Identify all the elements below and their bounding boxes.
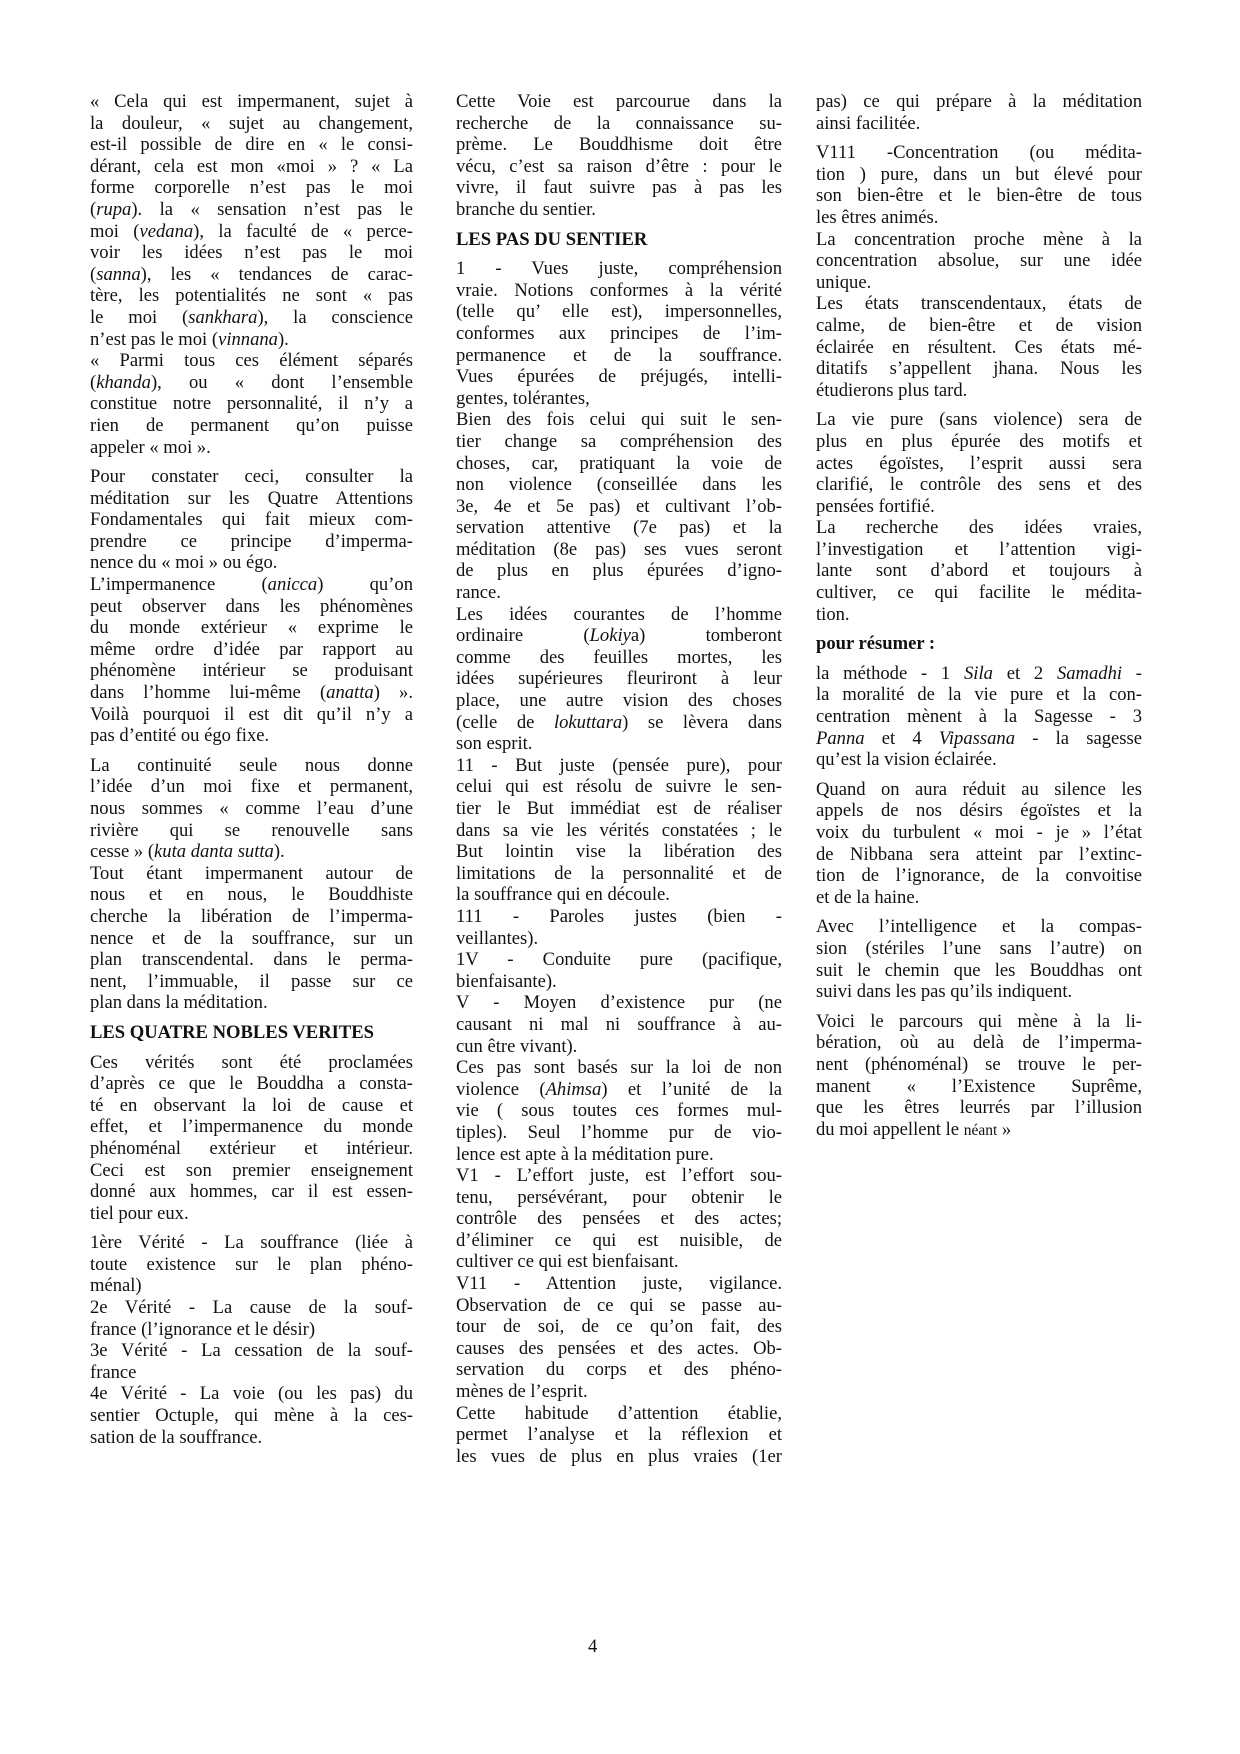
text-line: appels de nos désirs égoïstes et la (816, 800, 1142, 822)
text-line: Avec l’intelligence et la compas- (816, 916, 1142, 938)
paragraph: La concentration proche mène à laconcent… (816, 229, 1142, 294)
text-line: té en observant la loi de cause et (90, 1095, 413, 1117)
text-line: plus en plus épurée des motifs et (816, 431, 1142, 453)
text-line: ditatifs s’appellent jhana. Nous les (816, 358, 1142, 380)
text-line: La concentration proche mène à la (816, 229, 1142, 251)
paragraph: Pour constater ceci, consulter laméditat… (90, 466, 413, 574)
text-line: la douleur, « sujet au changement, (90, 113, 413, 135)
text-line: les vues de plus en plus vraies (1er (456, 1446, 782, 1468)
paragraph: V11 - Attention juste, vigilance.Observa… (456, 1273, 782, 1403)
text-line: même ordre d’idée par rapport au (90, 639, 413, 661)
paragraph: Voici le parcours qui mène à la li-bérat… (816, 1011, 1142, 1141)
text-line: rivière qui se renouvelle sans (90, 820, 413, 842)
text-line: La continuité seule nous donne (90, 755, 413, 777)
text-line: LES PAS DU SENTIER (456, 229, 782, 251)
text-line: nence du « moi » ou égo. (90, 552, 413, 574)
text-line: (celle de lokuttara) se lèvera dans (456, 712, 782, 734)
text-line: Les idées courantes de l’homme (456, 604, 782, 626)
text-line: 2e Vérité - La cause de la souf- (90, 1297, 413, 1319)
text-line: lante sont d’abord et toujours à (816, 560, 1142, 582)
text-line: voir les idées n’est pas le moi (90, 242, 413, 264)
text-line: Quand on aura réduit au silence les (816, 779, 1142, 801)
text-line: dérant, cela est mon «moi » ? « La (90, 156, 413, 178)
paragraph: Ces vérités sont été proclaméesd’après c… (90, 1052, 413, 1225)
text-line: 111 - Paroles justes (bien - (456, 906, 782, 928)
text-line: de plus en plus épurées d’igno- (456, 560, 782, 582)
text-line: voix du turbulent « moi - je » l’état (816, 822, 1142, 844)
text-line: étudierons plus tard. (816, 380, 1142, 402)
text-line: Panna et 4 Vipassana - la sagesse (816, 728, 1142, 750)
text-line: du moi appellent le néant » (816, 1119, 1142, 1141)
text-line: pas d’entité ou égo fixe. (90, 725, 413, 747)
text-line: servation attentive (7e pas) et la (456, 517, 782, 539)
text-line: sion (stériles l’une sans l’autre) on (816, 938, 1142, 960)
text-line: cherche la libération de l’imperma- (90, 906, 413, 928)
paragraph: V111 -Concentration (ou médita-tion ) pu… (816, 142, 1142, 228)
paragraph: 1 - Vues juste, compréhensionvraie. Noti… (456, 258, 782, 409)
text-line: (khanda), ou « dont l’ensemble (90, 372, 413, 394)
text-line: prendre ce principe d’imperma- (90, 531, 413, 553)
text-line: l’idée d’un moi fixe et permanent, (90, 776, 413, 798)
text-line: comme des feuilles mortes, les (456, 647, 782, 669)
paragraph: 3e Vérité - La cessation de la souf-fran… (90, 1340, 413, 1383)
text-line: gentes, tolérantes, (456, 388, 782, 410)
text-line: mènes de l’esprit. (456, 1381, 782, 1403)
text-line: bienfaisante). (456, 971, 782, 993)
text-line: l’investigation et l’attention vigi- (816, 539, 1142, 561)
text-line: Ces pas sont basés sur la loi de non (456, 1057, 782, 1079)
text-line: ménal) (90, 1275, 413, 1297)
text-line: choses, car, pratiquant la voie de (456, 453, 782, 475)
text-line: son bien-être et le bien-être de tous (816, 185, 1142, 207)
section-heading: pour résumer : (816, 633, 1142, 655)
paragraph: 1ère Vérité - La souffrance (liée àtoute… (90, 1232, 413, 1297)
text-line: tion. (816, 604, 1142, 626)
text-line: unique. (816, 272, 1142, 294)
text-line: pour résumer : (816, 633, 1142, 655)
text-line: calme, de bien-être et de vision (816, 315, 1142, 337)
text-line: tenu, persévérant, pour obtenir le (456, 1187, 782, 1209)
text-line: de Nibbana sera atteint par l’extinc- (816, 844, 1142, 866)
text-line: contrôle des pensées et des actes; (456, 1208, 782, 1230)
text-line: 3e Vérité - La cessation de la souf- (90, 1340, 413, 1362)
text-line: celui qui est résolu de suivre le sen- (456, 776, 782, 798)
text-line: violence (Ahimsa) et l’unité de la (456, 1079, 782, 1101)
paragraph: Bien des fois celui qui suit le sen-tier… (456, 409, 782, 603)
section-heading: LES PAS DU SENTIER (456, 229, 782, 251)
text-line: que les êtres leurrés par l’illusion (816, 1097, 1142, 1119)
text-line: branche du sentier. (456, 199, 782, 221)
text-line: peut observer dans les phénomènes (90, 596, 413, 618)
text-line: effet, et l’impermanence du monde (90, 1116, 413, 1138)
text-line: La vie pure (sans violence) sera de (816, 409, 1142, 431)
text-line: cultiver, ce qui facilite le médita- (816, 582, 1142, 604)
page-number: 4 (588, 1636, 597, 1658)
text-line: Voici le parcours qui mène à la li- (816, 1011, 1142, 1033)
text-line: prème. Le Bouddhisme doit être (456, 134, 782, 156)
text-line: qu’est la vision éclairée. (816, 749, 1142, 771)
text-line: méditation (8e pas) ses vues seront (456, 539, 782, 561)
text-line: rien de permanent qu’on puisse (90, 415, 413, 437)
text-line: tère, les potentialités ne sont « pas (90, 285, 413, 307)
text-line: cun être vivant). (456, 1036, 782, 1058)
text-line: n’est pas le moi (vinnana). (90, 329, 413, 351)
text-line: nous sommes « comme l’eau d’une (90, 798, 413, 820)
text-line: causes des pensées et des actes. Ob- (456, 1338, 782, 1360)
text-line: Les états transcendentaux, états de (816, 293, 1142, 315)
text-line: manent « l’Existence Suprême, (816, 1076, 1142, 1098)
text-line: le moi (sankhara), la conscience (90, 307, 413, 329)
text-line: « Parmi tous ces élément séparés (90, 350, 413, 372)
text-line: sation de la souffrance. (90, 1427, 413, 1449)
text-line: nous et en nous, le Bouddhiste (90, 884, 413, 906)
text-line: suivi dans les pas qu’ils indiquent. (816, 981, 1142, 1003)
text-line: tion de l’ignorance, de la convoitise (816, 865, 1142, 887)
paragraph: 11 - But juste (pensée pure), pourcelui … (456, 755, 782, 906)
text-line: (rupa). la « sensation n’est pas le (90, 199, 413, 221)
text-line: d’après ce que le Bouddha a consta- (90, 1073, 413, 1095)
paragraph: La recherche des idées vraies,l’investig… (816, 517, 1142, 625)
column-right: pas) ce qui prépare à la méditationainsi… (816, 91, 1142, 1140)
text-line: permet l’analyse et la réflexion et (456, 1424, 782, 1446)
text-line: veillantes). (456, 928, 782, 950)
text-line: plan dans la méditation. (90, 992, 413, 1014)
text-line: forme corporelle n’est pas le moi (90, 177, 413, 199)
paragraph: 4e Vérité - La voie (ou les pas) dusenti… (90, 1383, 413, 1448)
text-line: suit le chemin que les Bouddhas ont (816, 960, 1142, 982)
text-line: les êtres animés. (816, 207, 1142, 229)
text-line: bération, où au delà de l’imperma- (816, 1032, 1142, 1054)
text-line: 11 - But juste (pensée pure), pour (456, 755, 782, 777)
text-line: servation du corps et des phéno- (456, 1359, 782, 1381)
text-line: vivre, il faut suivre pas à pas les (456, 177, 782, 199)
text-line: (sanna), les « tendances de carac- (90, 264, 413, 286)
text-line: 1 - Vues juste, compréhension (456, 258, 782, 280)
text-line: nence et de la souffrance, sur un (90, 928, 413, 950)
text-line: est-il possible de dire en « le consi- (90, 134, 413, 156)
text-line: nent (phénoménal) se trouve le per- (816, 1054, 1142, 1076)
text-line: Ceci est son premier enseignement (90, 1160, 413, 1182)
text-line: V - Moyen d’existence pur (ne (456, 992, 782, 1014)
text-line: constitue notre personnalité, il n’y a (90, 393, 413, 415)
text-line: d’éliminer ce qui est nuisible, de (456, 1230, 782, 1252)
paragraph: Tout étant impermanent autour denous et … (90, 863, 413, 1014)
text-line: dans sa vie les vérités constatées ; le (456, 820, 782, 842)
text-line: permanence et de la souffrance. (456, 345, 782, 367)
text-line: Bien des fois celui qui suit le sen- (456, 409, 782, 431)
text-line: Cette habitude d’attention établie, (456, 1403, 782, 1425)
paragraph: Quand on aura réduit au silence lesappel… (816, 779, 1142, 909)
text-line: plan transcendental. dans le perma- (90, 949, 413, 971)
text-line: Pour constater ceci, consulter la (90, 466, 413, 488)
paragraph: L’impermanence (anicca) qu’onpeut observ… (90, 574, 413, 747)
text-line: tiel pour eux. (90, 1203, 413, 1225)
text-line: lence est apte à la méditation pure. (456, 1144, 782, 1166)
text-line: phénoménal extérieur et intérieur. (90, 1138, 413, 1160)
text-line: tier change sa compréhension des (456, 431, 782, 453)
paragraph: Les états transcendentaux, états decalme… (816, 293, 1142, 401)
text-line: ainsi facilitée. (816, 113, 1142, 135)
text-line: 1ère Vérité - La souffrance (liée à (90, 1232, 413, 1254)
text-line: son esprit. (456, 733, 782, 755)
text-line: LES QUATRE NOBLES VERITES (90, 1022, 413, 1044)
text-line: (telle qu’ elle est), impersonnelles, (456, 301, 782, 323)
text-line: Observation de ce qui se passe au- (456, 1295, 782, 1317)
text-line: sentier Octuple, qui mène à la ces- (90, 1405, 413, 1427)
text-line: pas) ce qui prépare à la méditation (816, 91, 1142, 113)
column-left: « Cela qui est impermanent, sujet àla do… (90, 91, 413, 1448)
text-line: conformes aux principes de l’im- (456, 323, 782, 345)
paragraph: V - Moyen d’existence pur (necausant ni … (456, 992, 782, 1057)
paragraph: « Cela qui est impermanent, sujet àla do… (90, 91, 413, 350)
text-line: moi (vedana), la faculté de « perce- (90, 221, 413, 243)
text-line: recherche de la connaissance su- (456, 113, 782, 135)
text-line: tier le But immédiat est de réaliser (456, 798, 782, 820)
section-heading: LES QUATRE NOBLES VERITES (90, 1022, 413, 1044)
text-line: la souffrance qui en découle. (456, 884, 782, 906)
text-line: appeler « moi ». (90, 437, 413, 459)
paragraph: Ces pas sont basés sur la loi de nonviol… (456, 1057, 782, 1165)
text-line: 4e Vérité - La voie (ou les pas) du (90, 1383, 413, 1405)
text-line: Vues épurées de préjugés, intelli- (456, 366, 782, 388)
text-line: « Cela qui est impermanent, sujet à (90, 91, 413, 113)
text-line: du monde extérieur « exprime le (90, 617, 413, 639)
text-line: vécu, c’est sa raison d’être : pour le (456, 156, 782, 178)
text-line: pensées fortifié. (816, 496, 1142, 518)
text-line: But lointin vise la libération des (456, 841, 782, 863)
paragraph: V1 - L’effort juste, est l’effort sou-te… (456, 1165, 782, 1273)
text-line: éclairée en résultent. Ces états mé- (816, 337, 1142, 359)
text-line: actes égoïstes, l’esprit aussi sera (816, 453, 1142, 475)
text-line: toute existence sur le plan phéno- (90, 1254, 413, 1276)
text-line: Voilà pourquoi il est dit qu’il n’y a (90, 704, 413, 726)
paragraph: la méthode - 1 Sila et 2 Samadhi -la mor… (816, 663, 1142, 771)
paragraph: 2e Vérité - La cause de la souf-france (… (90, 1297, 413, 1340)
text-line: rance. (456, 582, 782, 604)
text-line: concentration absolue, sur une idée (816, 250, 1142, 272)
text-line: Cette Voie est parcourue dans la (456, 91, 782, 113)
text-line: la moralité de la vie pure et la con- (816, 684, 1142, 706)
text-line: place, une autre vision des choses (456, 690, 782, 712)
text-line: V1 - L’effort juste, est l’effort sou- (456, 1165, 782, 1187)
text-line: ordinaire (Lokiya) tomberont (456, 625, 782, 647)
text-line: limitations de la personnalité et de (456, 863, 782, 885)
text-line: idées supérieures fleuriront à leur (456, 668, 782, 690)
text-line: donné aux hommes, car il est essen- (90, 1181, 413, 1203)
text-line: phénomène intérieur se produisant (90, 660, 413, 682)
text-line: Tout étant impermanent autour de (90, 863, 413, 885)
paragraph: Les idées courantes de l’hommeordinaire … (456, 604, 782, 755)
text-line: vie ( sous toutes ces formes mul- (456, 1100, 782, 1122)
text-line: méditation sur les Quatre Attentions (90, 488, 413, 510)
text-line: cultiver ce qui est bienfaisant. (456, 1251, 782, 1273)
text-line: L’impermanence (anicca) qu’on (90, 574, 413, 596)
text-line: clarifié, le contrôle des sens et des (816, 474, 1142, 496)
text-line: nent, l’immuable, il passe sur ce (90, 971, 413, 993)
text-line: cesse » (kuta danta sutta). (90, 841, 413, 863)
text-line: Ces vérités sont été proclamées (90, 1052, 413, 1074)
text-line: vraie. Notions conformes à la vérité (456, 280, 782, 302)
text-line: Fondamentales qui fait mieux com- (90, 509, 413, 531)
paragraph: pas) ce qui prépare à la méditationainsi… (816, 91, 1142, 134)
text-line: causant ni mal ni souffrance à au- (456, 1014, 782, 1036)
paragraph: Cette Voie est parcourue dans larecherch… (456, 91, 782, 221)
paragraph: La vie pure (sans violence) sera deplus … (816, 409, 1142, 517)
text-line: V111 -Concentration (ou médita- (816, 142, 1142, 164)
text-line: tour de soi, de ce qu’on fait, des (456, 1316, 782, 1338)
text-line: 1V - Conduite pure (pacifique, (456, 949, 782, 971)
column-middle: Cette Voie est parcourue dans larecherch… (456, 91, 782, 1467)
paragraph: 111 - Paroles justes (bien -veillantes). (456, 906, 782, 949)
text-line: V11 - Attention juste, vigilance. (456, 1273, 782, 1295)
text-line: france (l’ignorance et le désir) (90, 1319, 413, 1341)
paragraph: Cette habitude d’attention établie,perme… (456, 1403, 782, 1468)
text-line: tiples). Seul l’homme pur de vio- (456, 1122, 782, 1144)
text-line: dans l’homme lui-même (anatta) ». (90, 682, 413, 704)
text-line: La recherche des idées vraies, (816, 517, 1142, 539)
text-line: non violence (conseillée dans les (456, 474, 782, 496)
text-line: la méthode - 1 Sila et 2 Samadhi - (816, 663, 1142, 685)
text-line: centration mènent à la Sagesse - 3 (816, 706, 1142, 728)
paragraph: 1V - Conduite pure (pacifique,bienfaisan… (456, 949, 782, 992)
paragraph: La continuité seule nous donnel’idée d’u… (90, 755, 413, 863)
text-line: france (90, 1362, 413, 1384)
text-line: 3e, 4e et 5e pas) et cultivant l’ob- (456, 496, 782, 518)
text-line: tion ) pure, dans un but élevé pour (816, 164, 1142, 186)
paragraph: « Parmi tous ces élément séparés(khanda)… (90, 350, 413, 458)
paragraph: Avec l’intelligence et la compas-sion (s… (816, 916, 1142, 1002)
text-line: et de la haine. (816, 887, 1142, 909)
